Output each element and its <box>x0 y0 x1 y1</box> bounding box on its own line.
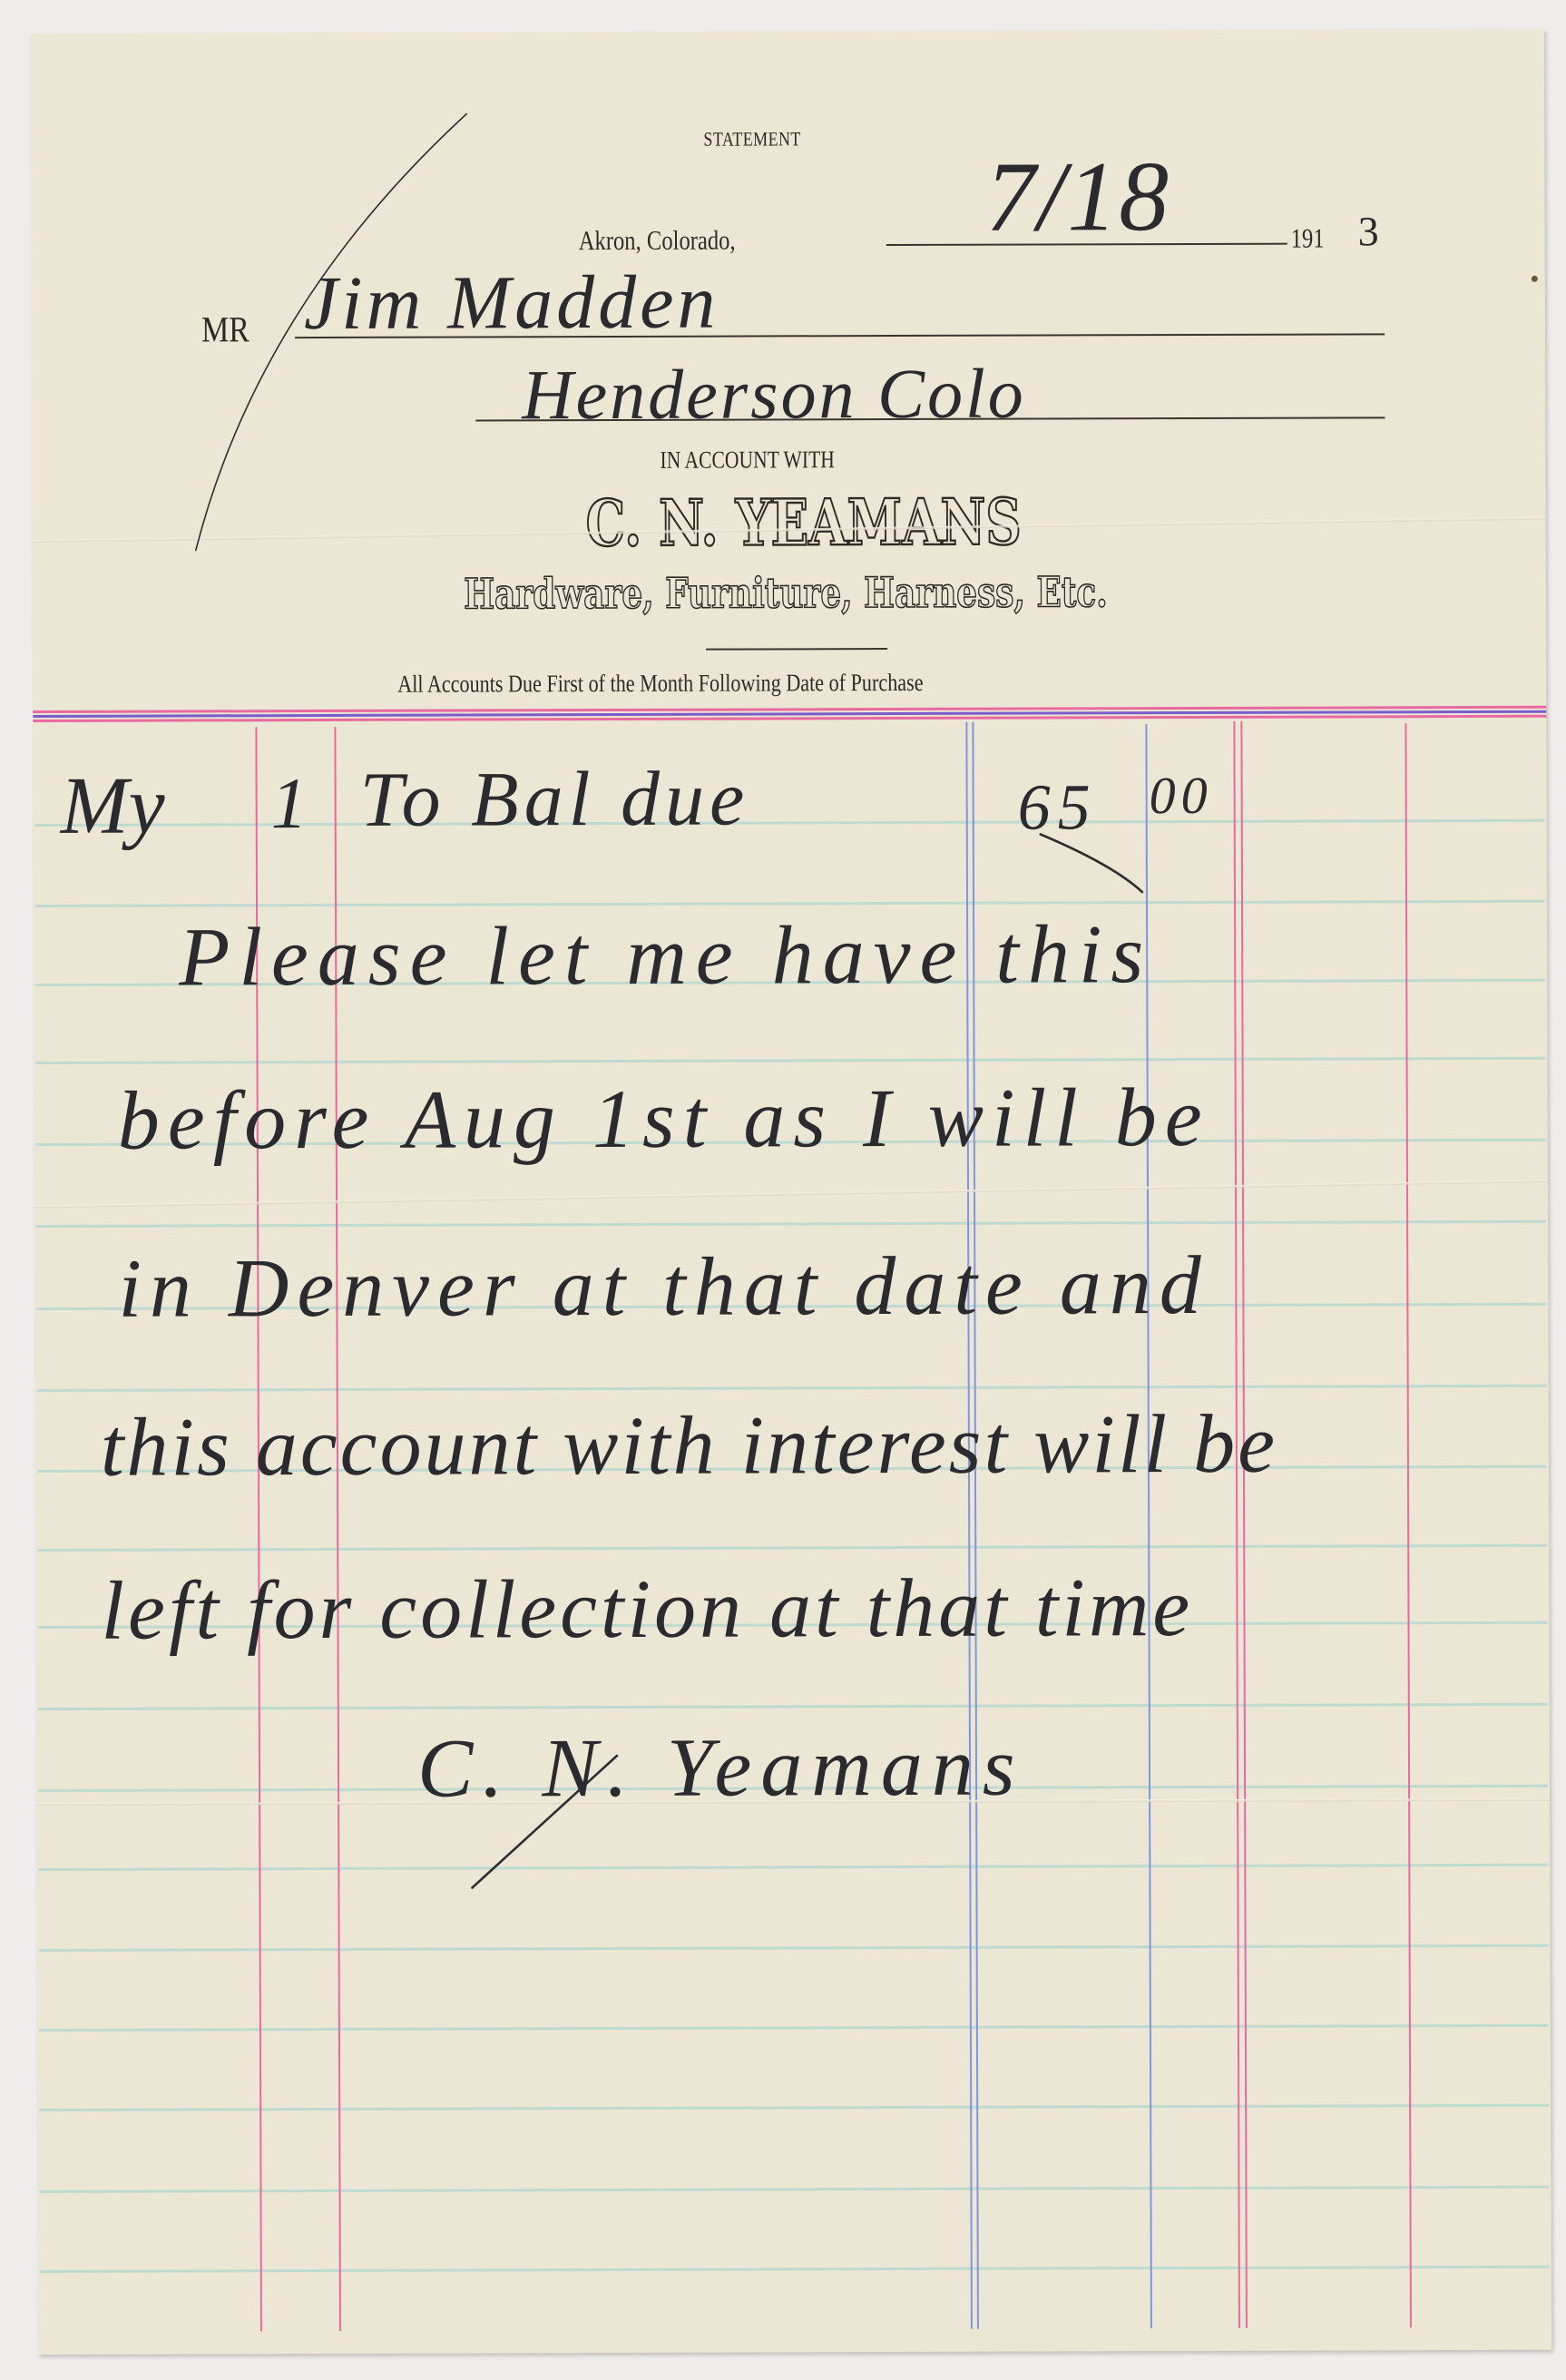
paper-speck <box>1532 276 1538 282</box>
statement-paper: STATEMENT Akron, Colorado, 191 3 7/18 MR… <box>31 29 1551 2355</box>
pen-flourish-strokes <box>31 29 1551 2355</box>
